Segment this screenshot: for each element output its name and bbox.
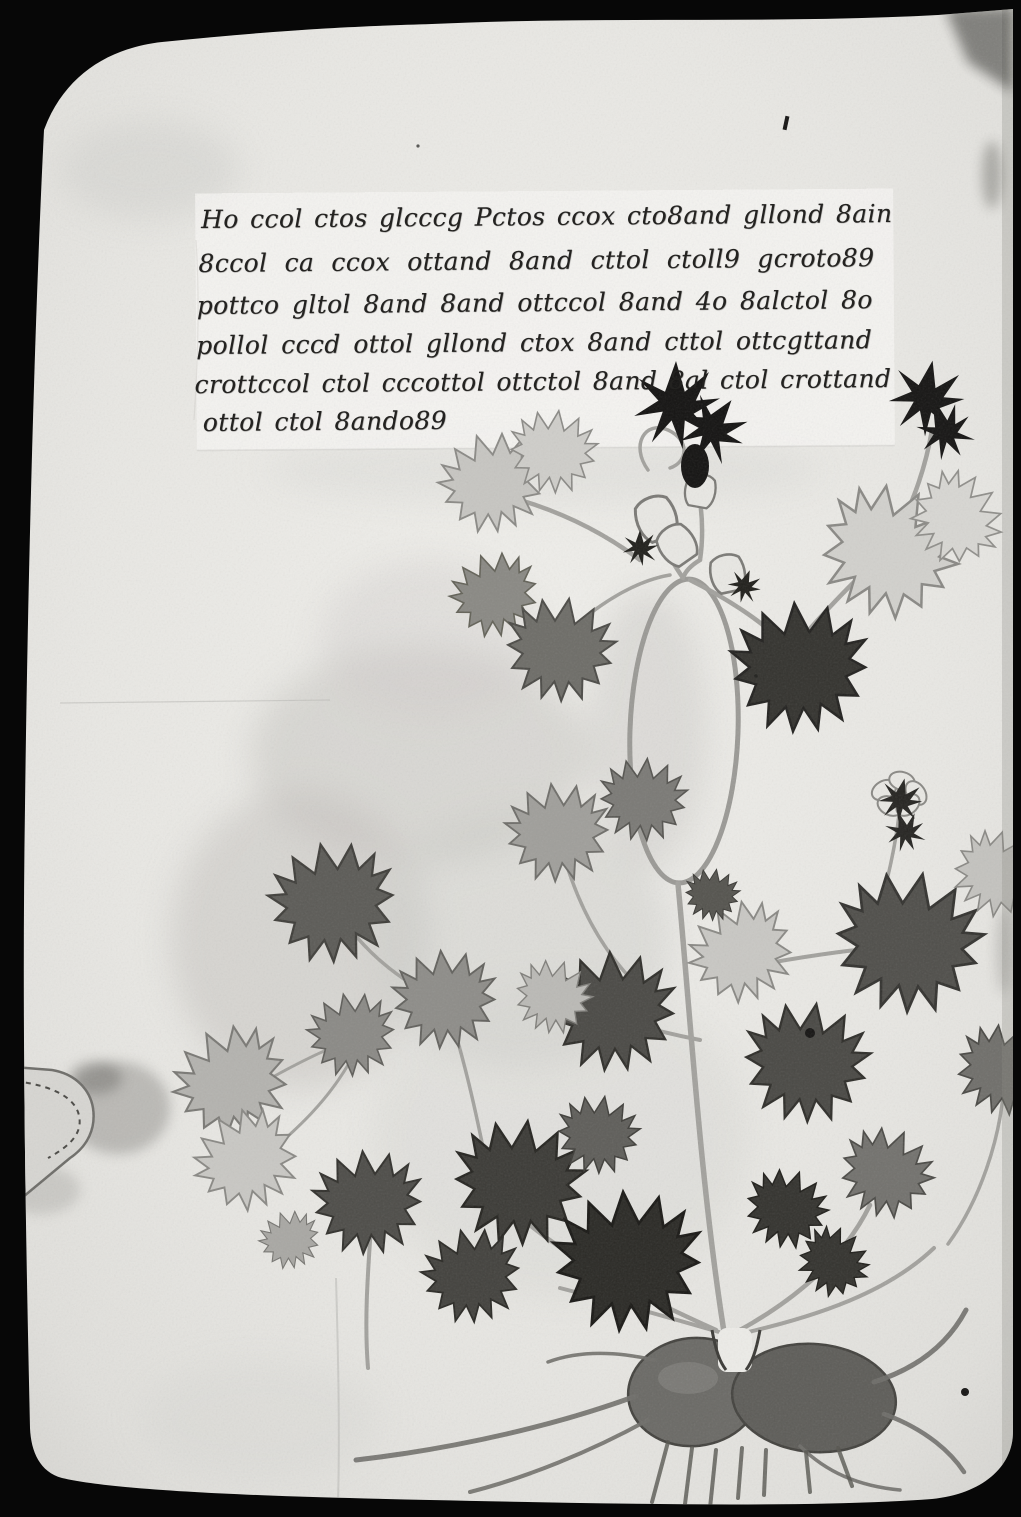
text-line: ottol ctol 8ando89 <box>203 406 453 437</box>
text-line: pottco gltol 8and 8and ottccol 8and 4o 8… <box>197 285 873 320</box>
text-line: Ho ccol ctos glcccg Pctos ccox cto8and g… <box>201 199 877 234</box>
text-line: crottccol ctol cccottol ottctol 8and 8al… <box>194 364 870 399</box>
photograph-of-manuscript: Ho ccol ctos glcccg Pctos ccox cto8and g… <box>0 0 1021 1517</box>
text-line: 8ccol ca ccox ottand 8and cttol ctoll9 g… <box>198 243 874 278</box>
text-line: pollol cccd ottol gllond ctox 8and cttol… <box>196 325 872 360</box>
text-block: Ho ccol ctos glcccg Pctos ccox cto8and g… <box>195 193 897 455</box>
